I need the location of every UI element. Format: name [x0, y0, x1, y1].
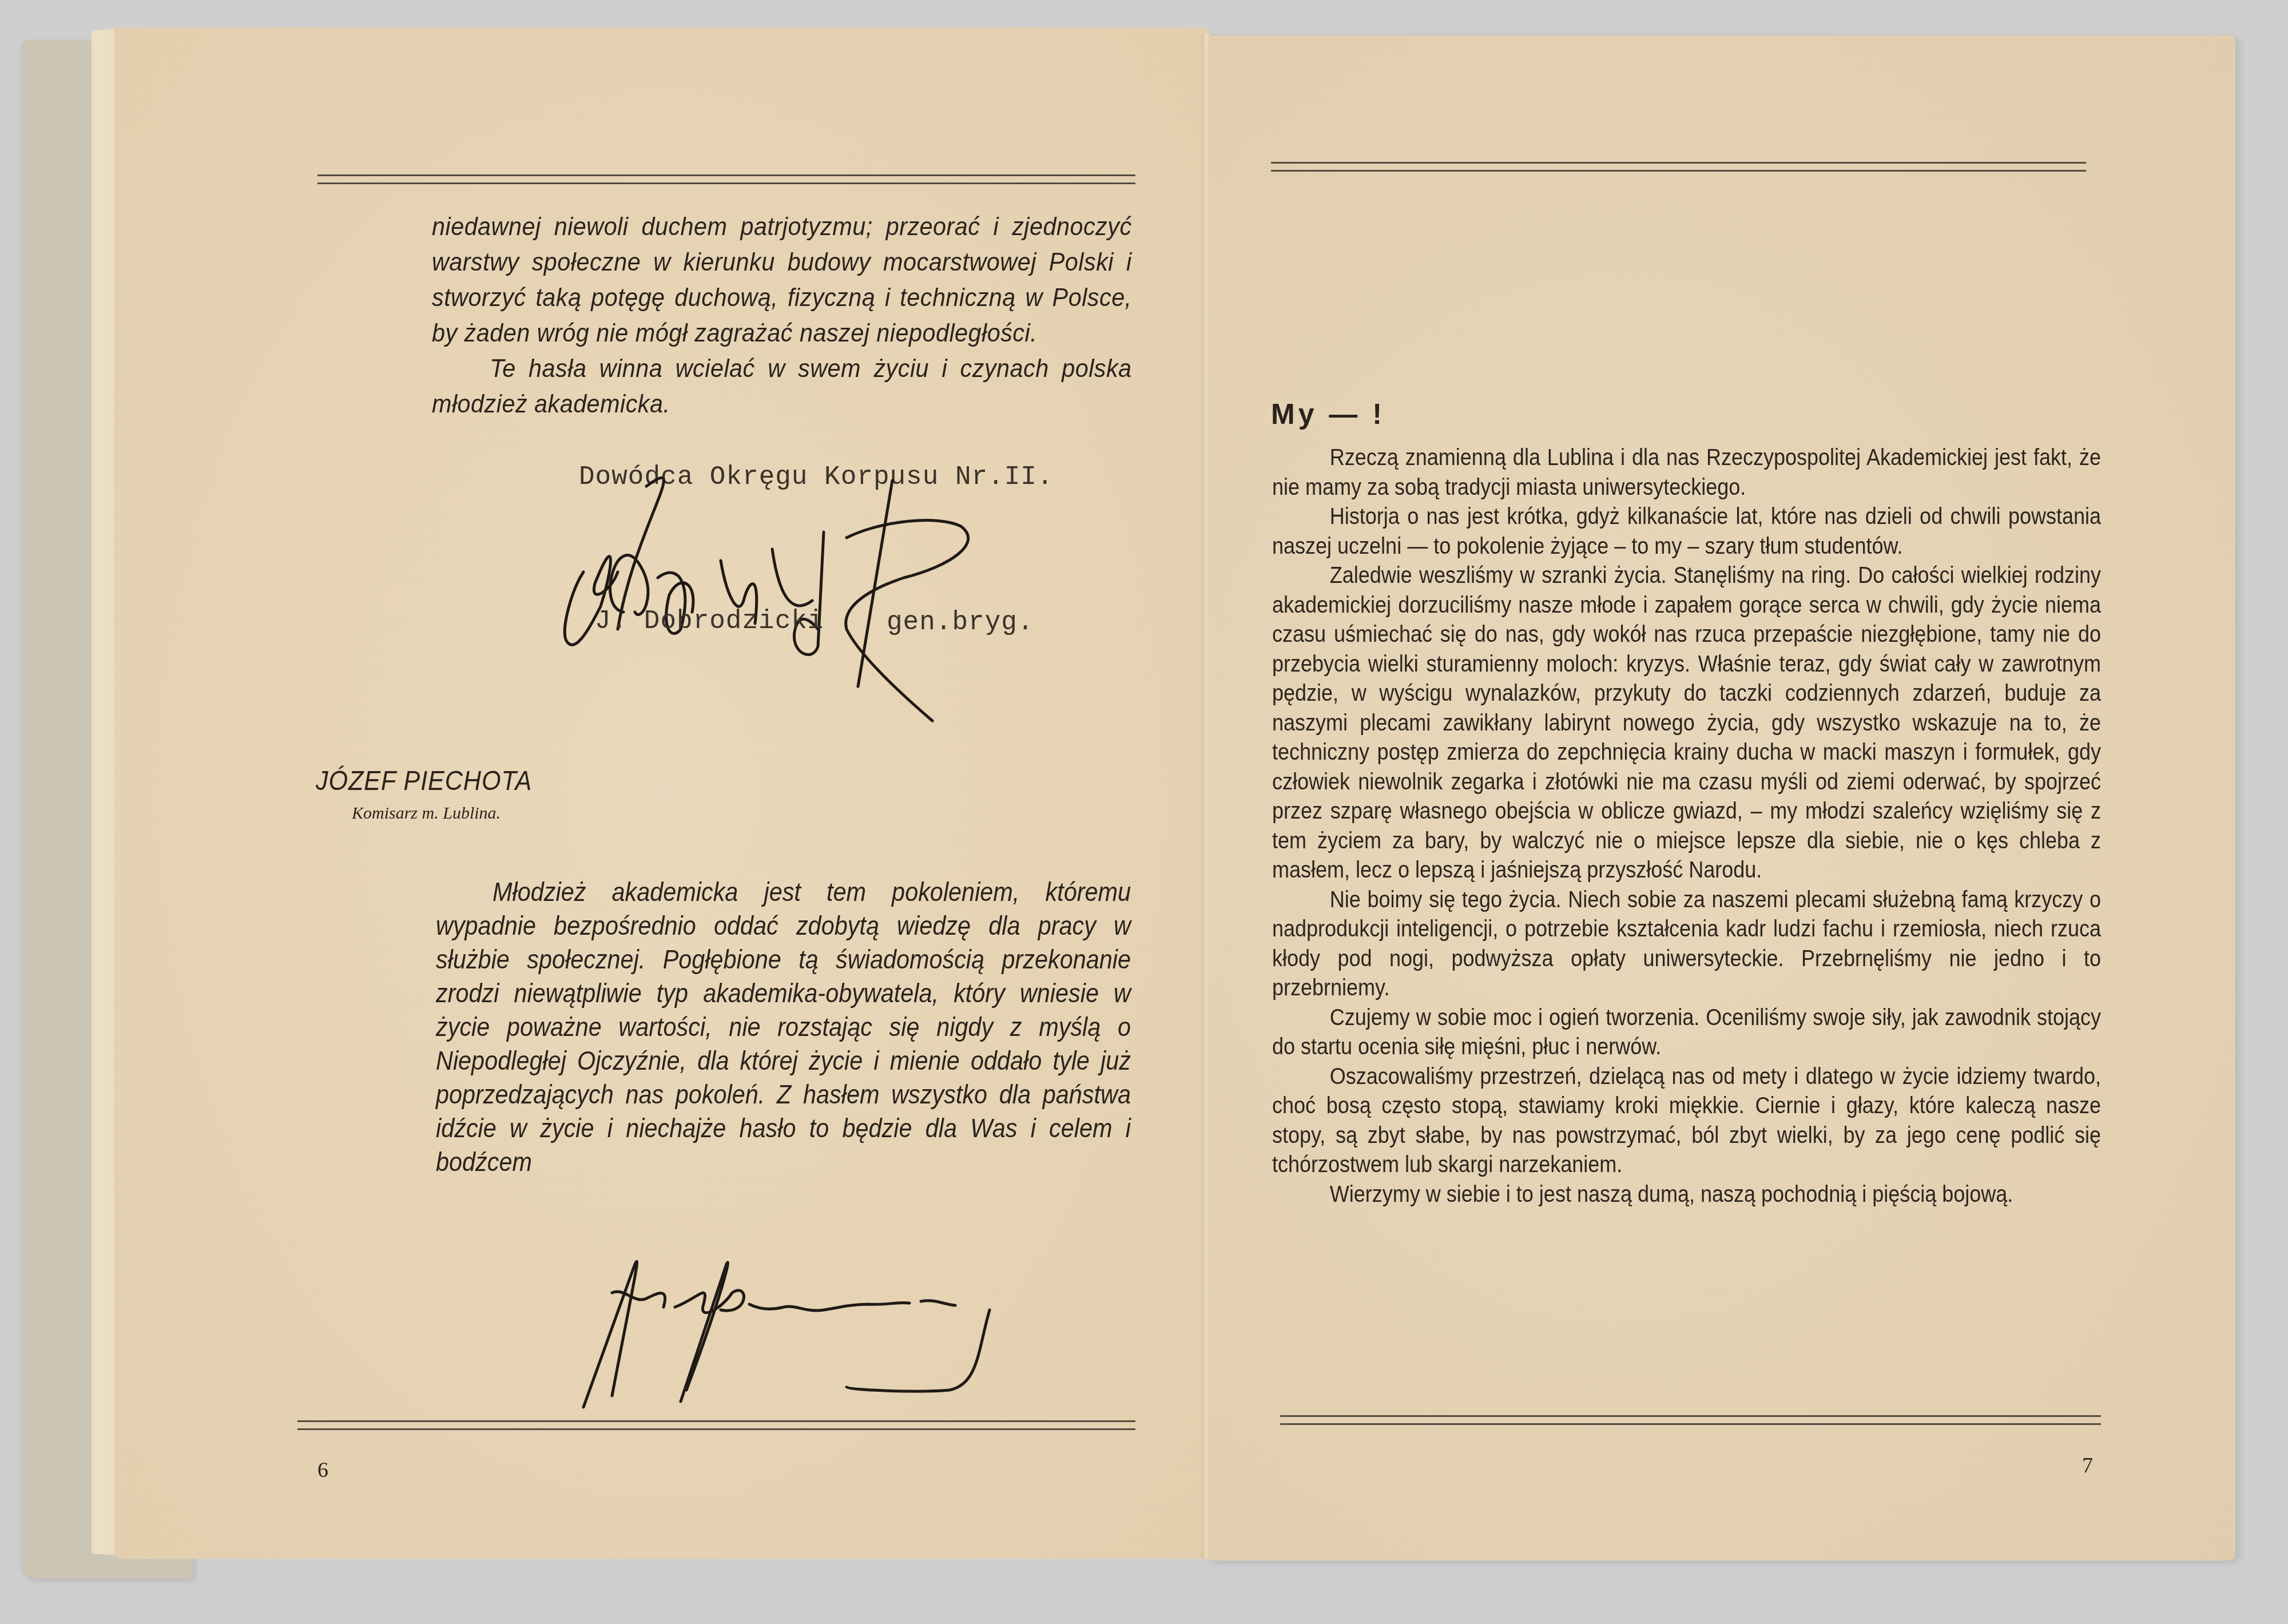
piechota-signature-icon [578, 1253, 1150, 1413]
bottom-rule-right [1280, 1415, 2101, 1425]
page-number-left: 6 [317, 1458, 328, 1483]
section-heading: My — ! [1271, 398, 1385, 431]
bottom-rule-left [297, 1420, 1135, 1430]
paragraph: Młodzież akademicka jest tem pokoleniem,… [436, 875, 1131, 1179]
left-continuation-text: niedawnej niewoli duchem patrjotyzmu; pr… [432, 209, 1132, 422]
signatory-name: J. Dobrodzicki [595, 606, 824, 636]
author-name: JÓZEF PIECHOTA [316, 765, 532, 797]
paragraph: Wierzymy w siebie i to jest naszą dumą, … [1272, 1180, 2101, 1210]
dobrodzicki-signature-icon [549, 458, 1098, 726]
top-rule-right [1271, 162, 2086, 172]
signatory-rank: gen.bryg. [887, 607, 1034, 637]
paragraph: Historja o nas jest krótka, gdyż kilkana… [1272, 502, 2101, 561]
paragraph: Oszacowaliśmy przestrzeń, dzielącą nas o… [1272, 1062, 2101, 1180]
page-number-right: 7 [2082, 1453, 2093, 1478]
paragraph: Nie boimy się tego życia. Niech sobie za… [1272, 886, 2101, 1003]
paragraph: niedawnej niewoli duchem patrjotyzmu; pr… [432, 209, 1132, 351]
paragraph: Czujemy w sobie moc i ogień tworzenia. O… [1272, 1003, 2101, 1062]
top-rule-left [317, 174, 1135, 184]
author-role: Komisarz m. Lublina. [352, 804, 500, 823]
paragraph: Rzeczą znamienną dla Lublina i dla nas R… [1272, 443, 2101, 502]
piechota-message: Młodzież akademicka jest tem pokoleniem,… [436, 875, 1131, 1179]
paragraph: Zaledwie weszliśmy w szranki życia. Stan… [1272, 561, 2101, 886]
article-body: Rzeczą znamienną dla Lublina i dla nas R… [1272, 443, 2101, 1209]
paragraph: Te hasła winna wcielać w swem życiu i cz… [432, 351, 1132, 422]
